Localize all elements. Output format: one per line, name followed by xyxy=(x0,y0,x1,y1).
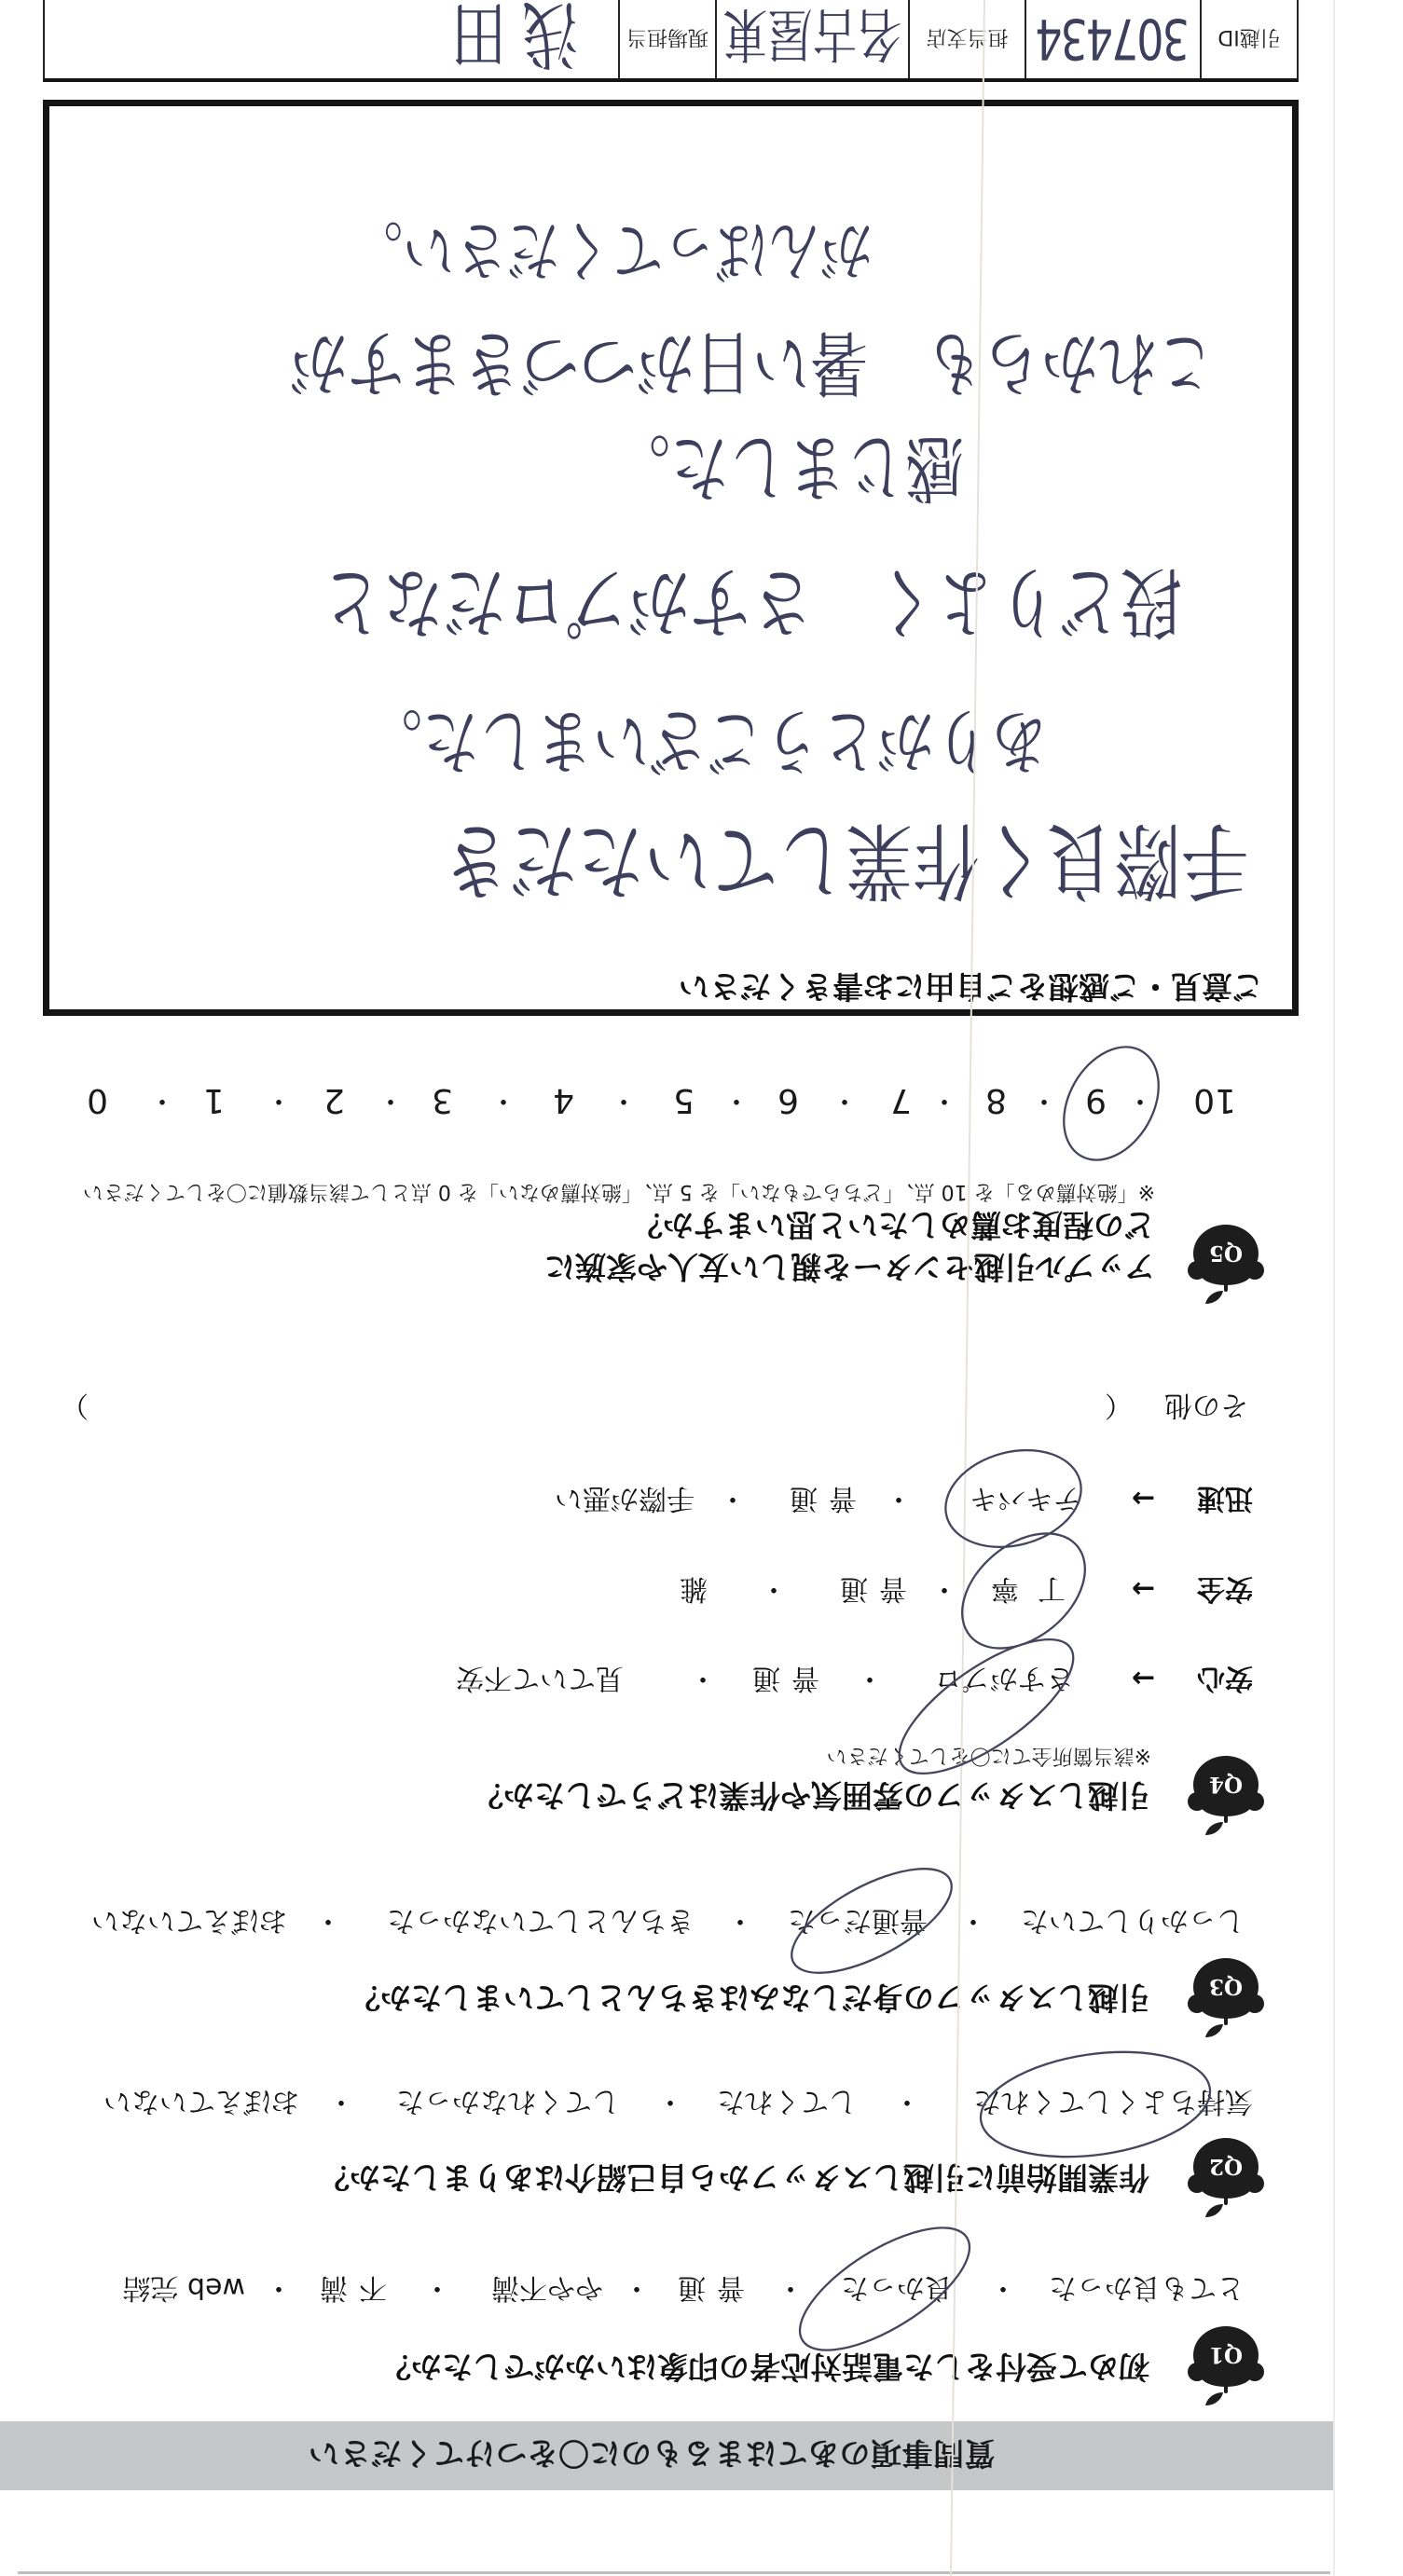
paper-edge xyxy=(1333,0,1335,2576)
apple-icon: Q2 xyxy=(1187,2136,1265,2218)
q4-safety-option-careful-circled: 丁寧 xyxy=(972,1572,1066,1604)
separator-dot: ・ xyxy=(726,1904,754,1936)
q1-option-web: web 完結 xyxy=(122,2271,245,2303)
q1-option-dissatisfied: 不満 xyxy=(309,2271,387,2303)
separator-dot: ・ xyxy=(265,2271,293,2303)
score-7: 7 xyxy=(890,1083,912,1117)
q4-speed-option-brisk-circled: テキパキ xyxy=(970,1482,1081,1514)
separator-dot: ・ xyxy=(610,1083,638,1117)
survey-form-page: 質問事項のあてはまるものに〇をつけてください Q1 初めて受付をした電話対応者の… xyxy=(0,0,1403,2576)
score-2: 2 xyxy=(323,1083,345,1117)
q3-badge-label: Q3 xyxy=(1209,1974,1243,1999)
separator-dot: ・ xyxy=(930,1083,958,1117)
score-0: 0 xyxy=(87,1083,108,1117)
q4-reassurance-option-pro-circled: さすがプロ xyxy=(934,1662,1074,1693)
q1-option-somewhat-dissatisfied: やや不満 xyxy=(491,2271,603,2303)
q2-option-did-not: してくれなかった xyxy=(396,2085,620,2117)
q4-speed-option-clumsy: 手際が悪い xyxy=(555,1482,695,1514)
separator-dot: ・ xyxy=(377,1083,405,1117)
q4-row-label-safety: 安全 xyxy=(1197,1572,1253,1604)
separator-dot: ・ xyxy=(265,1083,293,1117)
separator-dot: ・ xyxy=(893,2085,921,2117)
branch-handwritten: 名古屋東 xyxy=(723,0,902,81)
handwritten-comment-line: 感じました。 xyxy=(612,430,964,503)
q4-reassurance-option-uneasy: 見ていて不安 xyxy=(456,1662,624,1693)
comment-box-label: ご意見・ご感想をご自由にお書きください xyxy=(679,969,1263,1003)
separator-dot: ・ xyxy=(1126,1083,1154,1117)
q4-safety-option-careless: 雑 xyxy=(680,1572,708,1604)
q5-question-line-1: アップル引越センターを親しい友人や家族に xyxy=(544,1250,1155,1283)
separator-dot: ・ xyxy=(423,2271,451,2303)
arrow-right-icon: → xyxy=(1132,1572,1155,1604)
separator-dot: ・ xyxy=(760,1572,788,1604)
hand-drawn-circle-q4-reassurance xyxy=(880,1616,1093,1798)
arrow-right-icon: → xyxy=(1132,1482,1155,1514)
handwritten-comment-line: 手際良く作業していただき xyxy=(443,818,1248,902)
branch-label: 担当支店 xyxy=(927,25,1009,54)
q4-question: 引越しスタッフの雰囲気や作業はどうでしたか？ xyxy=(473,1778,1149,1812)
apple-q2-badge-icon: Q2 xyxy=(1187,2136,1265,2218)
separator-dot: ・ xyxy=(930,1572,958,1604)
separator-dot: ・ xyxy=(719,1482,747,1514)
staff-label-cell: 現場担当 xyxy=(618,0,715,78)
q4-speed-option-average: 普通 xyxy=(778,1482,857,1514)
q1-question: 初めて受付をした電話対応者の印象はいかがでしたか？ xyxy=(380,2350,1149,2383)
handwritten-comment-line: これからも 暑い日がつづきますが xyxy=(290,327,1215,400)
apple-icon: Q1 xyxy=(1187,2324,1265,2406)
q4-row-label-reassurance: 安心 xyxy=(1197,1662,1253,1693)
handwritten-comment-line: 段どりよく さすがプロだなと xyxy=(321,563,1182,640)
score-9-circled: 9 xyxy=(1085,1083,1107,1117)
q1-badge-label: Q1 xyxy=(1209,2342,1243,2367)
header-info-table: 引越ID 307434 担当支店 名古屋東 現場担当 浅田 xyxy=(43,0,1299,82)
q5-badge-label: Q5 xyxy=(1209,1240,1243,1266)
q1-option-average: 普通 xyxy=(667,2271,745,2303)
q1-option-very-good: とても良かった xyxy=(1049,2271,1245,2303)
q3-question: 引越しスタッフの身だしなみはきちんとしていましたか？ xyxy=(350,1980,1149,2014)
separator-dot: ・ xyxy=(623,2271,651,2303)
q5-question-line-2: どの程度お薦めしたいと思いますか？ xyxy=(632,1208,1155,1241)
handwritten-comment-line: ありがとうございました。 xyxy=(365,705,1048,775)
arrow-right-icon: → xyxy=(1132,1662,1155,1693)
q1-option-good-circled: 良かった xyxy=(841,2271,953,2303)
separator-dot: ・ xyxy=(314,1904,342,1936)
staff-label: 現場担当 xyxy=(626,25,708,54)
q4-safety-option-average: 普通 xyxy=(829,1572,907,1604)
hand-drawn-circle-q5 xyxy=(1045,1030,1178,1177)
separator-dot: ・ xyxy=(989,2271,1017,2303)
q4-other-open-paren: （ xyxy=(1105,1389,1133,1420)
q3-option-average-circled: 普通だった xyxy=(788,1904,928,1936)
separator-dot: ・ xyxy=(856,1662,884,1693)
instruction-banner: 質問事項のあてはまるものに〇をつけてください xyxy=(0,2421,1333,2490)
score-6: 6 xyxy=(777,1083,799,1117)
apple-q5-badge-icon: Q5 xyxy=(1187,1223,1265,1305)
score-1: 1 xyxy=(203,1083,225,1117)
apple-icon: Q4 xyxy=(1187,1754,1265,1836)
separator-dot: ・ xyxy=(722,1083,750,1117)
q4-reassurance-option-average: 普通 xyxy=(741,1662,819,1693)
paper-edge-shadow xyxy=(18,2571,1330,2574)
separator-dot: ・ xyxy=(831,1083,859,1117)
q4-other-close-paren: ） xyxy=(61,1389,89,1420)
separator-dot: ・ xyxy=(689,1662,717,1693)
separator-dot: ・ xyxy=(489,1083,517,1117)
staff-value-cell: 浅田 xyxy=(45,0,618,78)
q4-badge-label: Q4 xyxy=(1209,1772,1243,1797)
q3-option-dont-remember: おぼえていない xyxy=(91,1904,287,1936)
q4-row-label-speed: 迅速 xyxy=(1197,1482,1253,1514)
staff-handwritten: 浅田 xyxy=(436,0,578,91)
apple-icon: Q5 xyxy=(1187,1223,1265,1305)
q3-option-neat: しっかりしていた xyxy=(1021,1904,1245,1936)
q2-badge-label: Q2 xyxy=(1209,2154,1243,2179)
apple-icon: Q3 xyxy=(1187,1956,1265,2038)
q5-note: ※「絶対薦める」を 10 点、「どちらでもない」を 5 点、「絶対薦めない」を … xyxy=(83,1179,1155,1203)
apple-q3-badge-icon: Q3 xyxy=(1187,1956,1265,2038)
q2-option-dont-remember: おぼえていない xyxy=(103,2085,299,2117)
q2-question: 作業開始前に引越しスタッフから自己紹介はありましたか？ xyxy=(319,2160,1149,2194)
q3-option-not-neat: きちんとしていなかった xyxy=(387,1904,695,1936)
apple-q1-badge-icon: Q1 xyxy=(1187,2324,1265,2406)
move-id-value-cell: 307434 xyxy=(1025,0,1200,78)
score-8: 8 xyxy=(985,1083,1007,1117)
instruction-banner-text: 質問事項のあてはまるものに〇をつけてください xyxy=(309,2434,996,2478)
separator-dot: ・ xyxy=(777,2271,805,2303)
move-id-label: 引越ID xyxy=(1217,25,1280,54)
score-5: 5 xyxy=(673,1083,695,1117)
move-id-label-cell: 引越ID xyxy=(1200,0,1297,78)
separator-dot: ・ xyxy=(327,2085,355,2117)
branch-label-cell: 担当支店 xyxy=(908,0,1025,78)
score-3: 3 xyxy=(432,1083,453,1117)
apple-q4-badge-icon: Q4 xyxy=(1187,1754,1265,1836)
separator-dot: ・ xyxy=(959,1904,987,1936)
separator-dot: ・ xyxy=(885,1482,913,1514)
q4-note: ※該当箇所全てに〇をしてください xyxy=(827,1743,1151,1767)
move-id-handwritten: 307434 xyxy=(1037,7,1190,72)
q4-other-label: その他 xyxy=(1164,1389,1248,1420)
score-10: 10 xyxy=(1193,1083,1236,1117)
separator-dot: ・ xyxy=(656,2085,684,2117)
branch-value-cell: 名古屋東 xyxy=(715,0,908,78)
q2-option-pleasant-circled: 気持ちよくしてくれた xyxy=(973,2085,1253,2117)
handwritten-comment-line: がんばってください。 xyxy=(351,216,873,281)
q2-option-did: してくれた xyxy=(717,2085,857,2117)
score-4: 4 xyxy=(553,1083,574,1117)
separator-dot: ・ xyxy=(1030,1083,1058,1117)
separator-dot: ・ xyxy=(148,1083,176,1117)
